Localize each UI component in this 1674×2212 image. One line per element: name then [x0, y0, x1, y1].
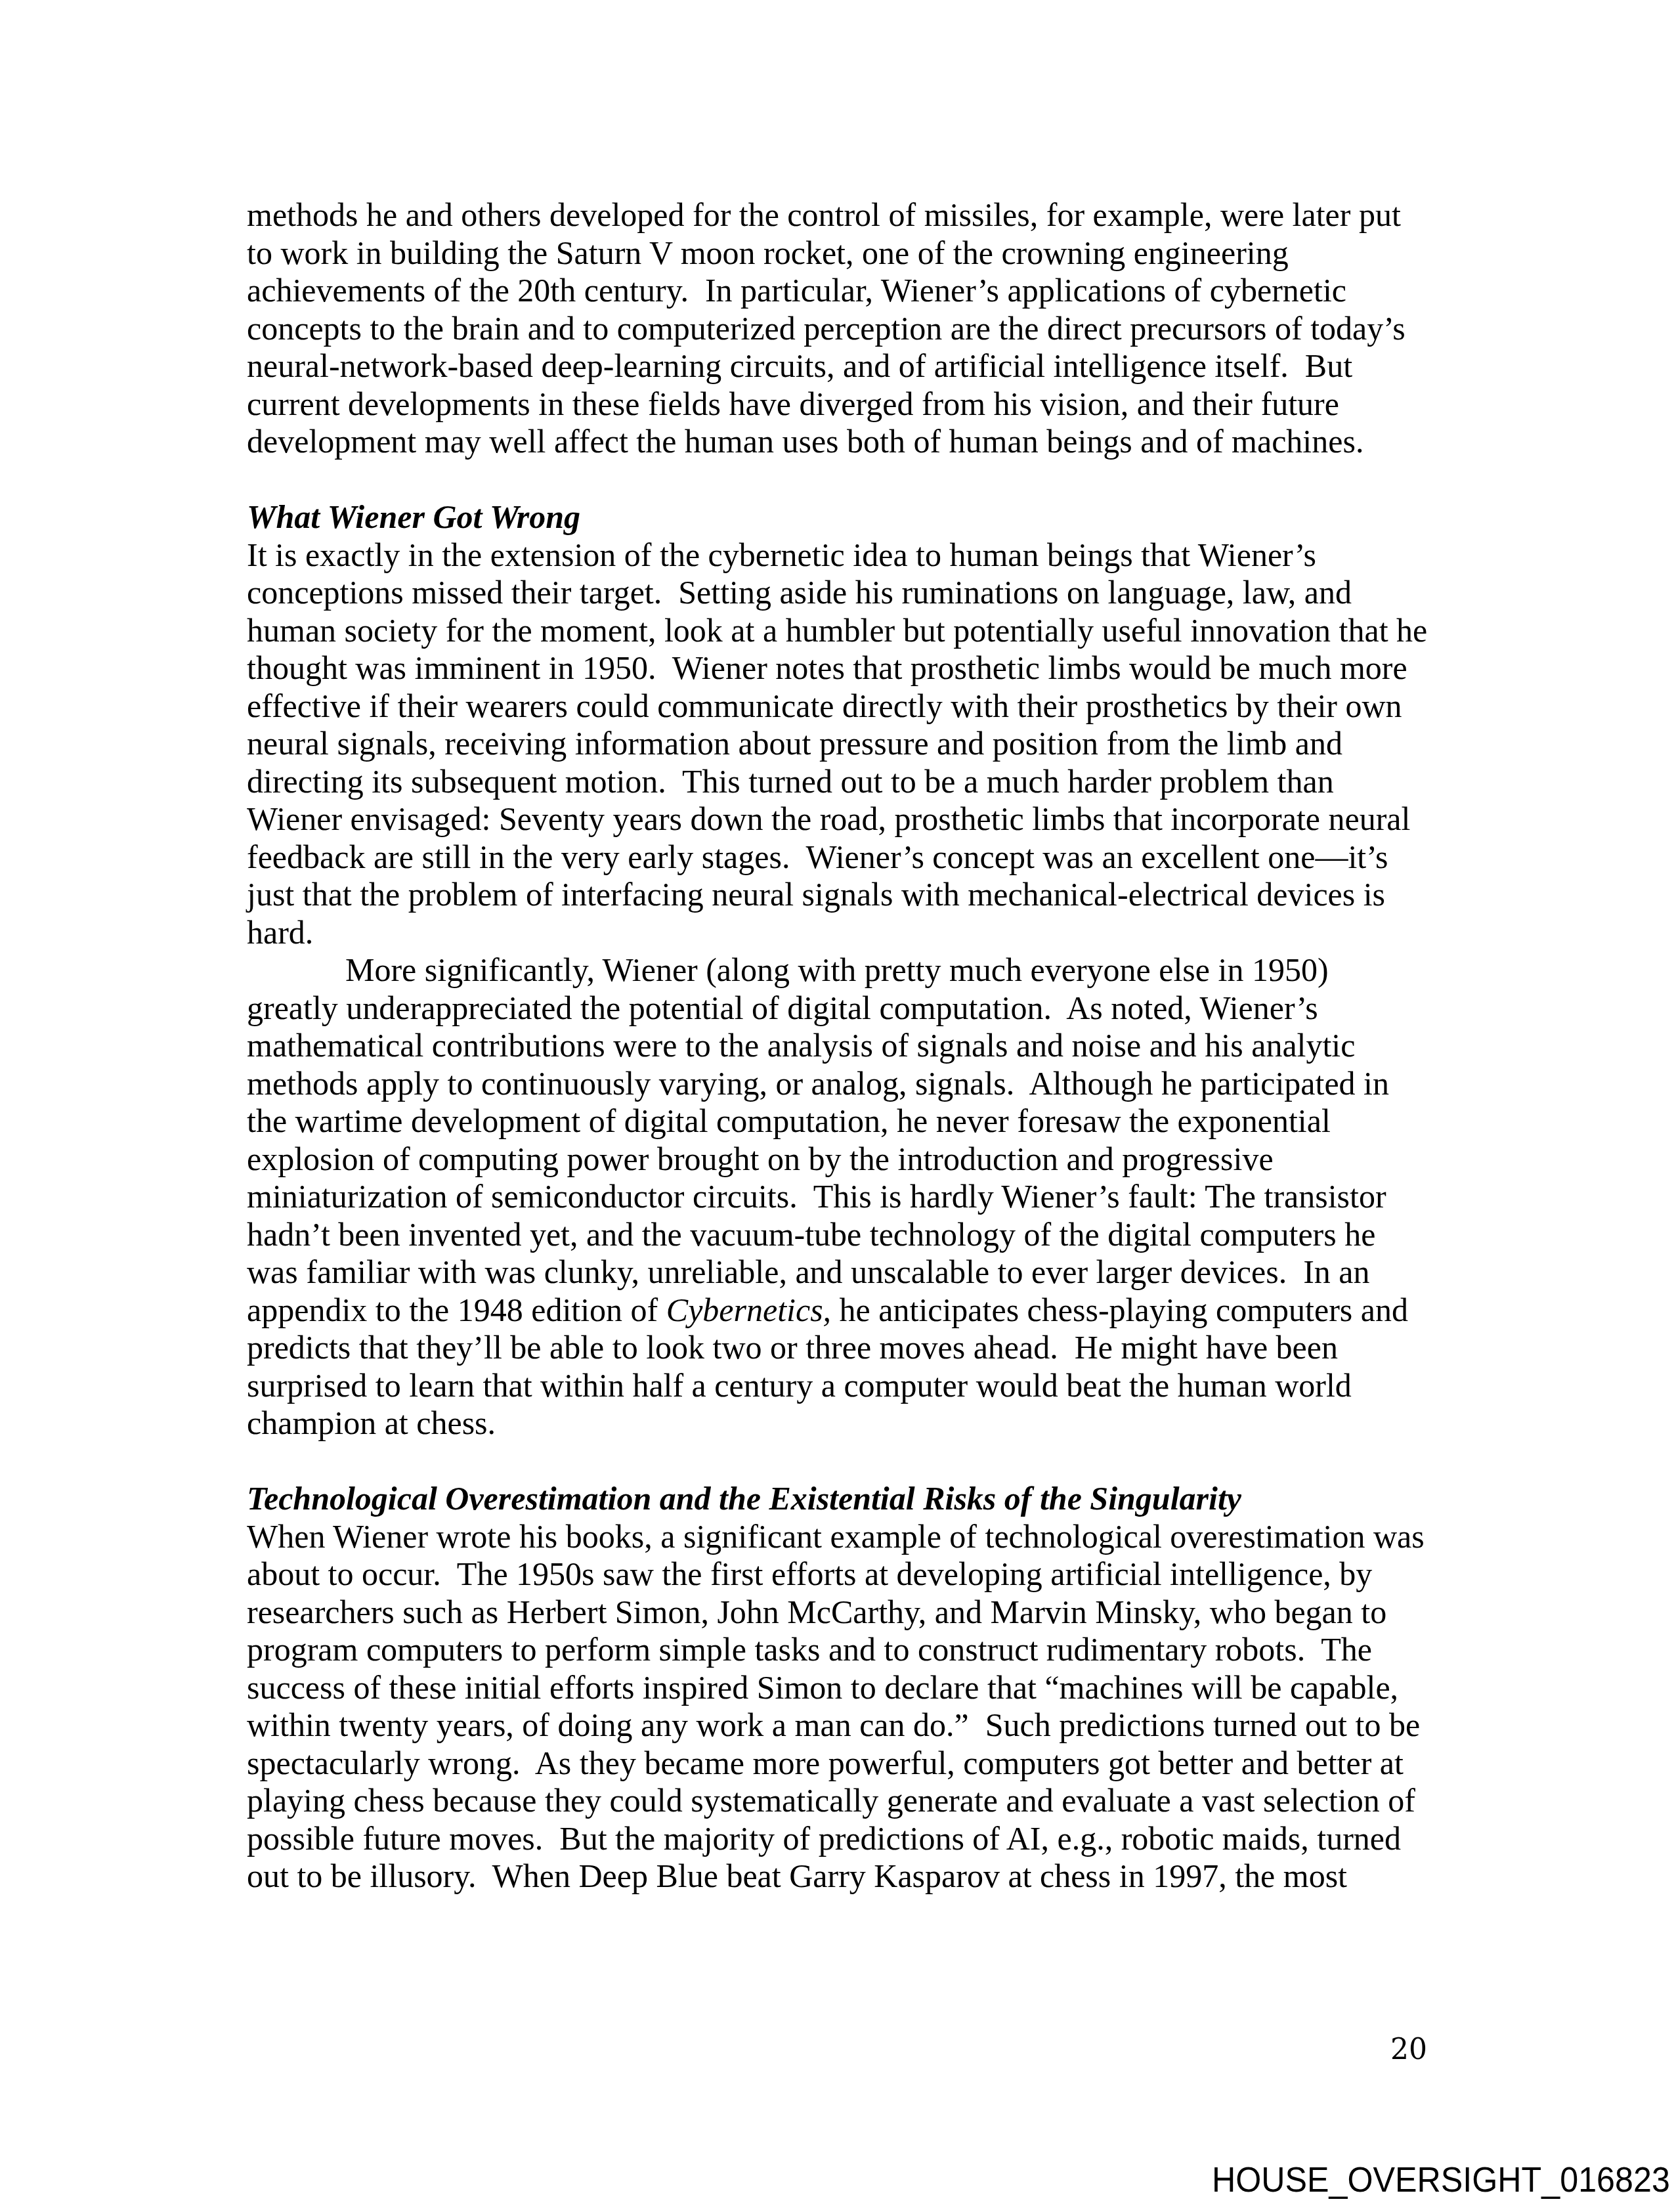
paragraph-ai-predictions: When Wiener wrote his books, a significa…: [247, 1518, 1455, 1896]
text-line: hard.: [247, 914, 1455, 952]
text-segment: appendix to the 1948 edition of: [247, 1291, 666, 1328]
text-line: development may well affect the human us…: [247, 423, 1455, 461]
paragraph-digital-computation: More significantly, Wiener (along with p…: [247, 951, 1455, 1442]
book-title-cybernetics: Cybernetics,: [666, 1291, 831, 1328]
text-line: human society for the moment, look at a …: [247, 612, 1455, 650]
document-page: methods he and others developed for the …: [0, 0, 1674, 2212]
section-heading-technological-overestimation: Technological Overestimation and the Exi…: [247, 1480, 1455, 1518]
text-line: current developments in these fields hav…: [247, 385, 1455, 423]
text-line: possible future moves. But the majority …: [247, 1820, 1455, 1858]
text-line: directing its subsequent motion. This tu…: [247, 763, 1455, 801]
text-line: success of these initial efforts inspire…: [247, 1669, 1455, 1707]
text-line: within twenty years, of doing any work a…: [247, 1706, 1455, 1745]
blank-line: [247, 461, 1455, 499]
text-line: champion at chess.: [247, 1404, 1455, 1442]
page-number: 20: [1390, 2030, 1427, 2070]
text-line: thought was imminent in 1950. Wiener not…: [247, 649, 1455, 687]
text-line: It is exactly in the extension of the cy…: [247, 536, 1455, 575]
text-segment: he anticipates chess-playing computers a…: [831, 1291, 1408, 1328]
text-line: mathematical contributions were to the a…: [247, 1027, 1455, 1065]
text-line: neural signals, receiving information ab…: [247, 725, 1455, 763]
bates-stamp: HOUSE_OVERSIGHT_016823: [1212, 2160, 1670, 2200]
text-line: miniaturization of semiconductor circuit…: [247, 1178, 1455, 1216]
text-line: conceptions missed their target. Setting…: [247, 574, 1455, 612]
body-text: methods he and others developed for the …: [247, 196, 1455, 1896]
text-line: methods apply to continuously varying, o…: [247, 1065, 1455, 1103]
text-line: feedback are still in the very early sta…: [247, 838, 1455, 877]
text-line: neural-network-based deep-learning circu…: [247, 347, 1455, 385]
blank-line: [247, 1442, 1455, 1481]
section-heading-what-wiener-got-wrong: What Wiener Got Wrong: [247, 498, 1455, 536]
text-line: the wartime development of digital compu…: [247, 1102, 1455, 1140]
text-line-with-book-title: appendix to the 1948 edition of Cybernet…: [247, 1291, 1455, 1330]
text-line: methods he and others developed for the …: [247, 196, 1455, 234]
text-line: predicts that they’ll be able to look tw…: [247, 1329, 1455, 1367]
text-line: playing chess because they could systema…: [247, 1782, 1455, 1820]
text-line: about to occur. The 1950s saw the first …: [247, 1555, 1455, 1594]
text-line-indented: More significantly, Wiener (along with p…: [247, 951, 1455, 989]
text-line: Wiener envisaged: Seventy years down the…: [247, 800, 1455, 838]
paragraph-intro-continued: methods he and others developed for the …: [247, 196, 1455, 461]
text-line: hadn’t been invented yet, and the vacuum…: [247, 1216, 1455, 1254]
text-line: explosion of computing power brought on …: [247, 1140, 1455, 1179]
text-line: concepts to the brain and to computerize…: [247, 310, 1455, 348]
text-line: researchers such as Herbert Simon, John …: [247, 1594, 1455, 1632]
text-line: to work in building the Saturn V moon ro…: [247, 234, 1455, 272]
text-line: just that the problem of interfacing neu…: [247, 876, 1455, 914]
text-line: effective if their wearers could communi…: [247, 687, 1455, 726]
text-line: was familiar with was clunky, unreliable…: [247, 1253, 1455, 1291]
text-line: spectacularly wrong. As they became more…: [247, 1745, 1455, 1783]
text-line: achievements of the 20th century. In par…: [247, 272, 1455, 310]
text-line: program computers to perform simple task…: [247, 1631, 1455, 1669]
text-line: surprised to learn that within half a ce…: [247, 1367, 1455, 1405]
text-line: When Wiener wrote his books, a significa…: [247, 1518, 1455, 1556]
text-line: out to be illusory. When Deep Blue beat …: [247, 1857, 1455, 1896]
paragraph-prosthetics: It is exactly in the extension of the cy…: [247, 536, 1455, 952]
text-line: greatly underappreciated the potential o…: [247, 989, 1455, 1028]
